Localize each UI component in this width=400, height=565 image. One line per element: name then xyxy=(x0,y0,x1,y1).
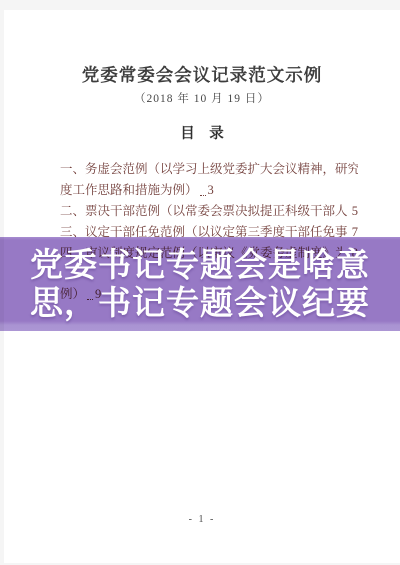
toc-entry-text: 度工作思路和措施为例） xyxy=(60,180,198,201)
document-date: （2018 年 10 月 19 日） xyxy=(4,90,400,106)
toc-entry-page: 5 xyxy=(352,201,358,222)
document-title: 党委常委会会议记录范文示例 xyxy=(4,62,400,87)
toc-entry: 度工作思路和措施为例） 3 xyxy=(60,180,358,201)
toc-entry-text: 二、票决干部范例（以常委会票决拟提正科级干部人选为例） xyxy=(60,201,348,222)
toc-entry-text: 一、务虚会范例（以学习上级党委扩大会议精神，研究 2019 年 xyxy=(60,159,358,180)
toc-entry-page: 3 xyxy=(208,180,214,201)
toc-heading: 目 录 xyxy=(4,122,400,143)
headline-banner: 党委书记专题会是啥意 思，书记专题会议纪要 xyxy=(0,241,400,327)
toc-entry: 二、票决干部范例（以常委会票决拟提正科级干部人选为例） 5 xyxy=(60,201,358,222)
document-preview: 党委常委会会议记录范文示例 （2018 年 10 月 19 日） 目 录 一、务… xyxy=(0,0,400,565)
headline-line-2: 思，书记专题会议纪要 xyxy=(30,284,370,322)
dot-leader xyxy=(200,195,206,196)
page-number: - 1 - xyxy=(4,514,400,525)
headline-line-1: 党委书记专题会是啥意 xyxy=(30,246,370,284)
toc-entry: 一、务虚会范例（以学习上级党委扩大会议精神，研究 2019 年 xyxy=(60,159,358,180)
